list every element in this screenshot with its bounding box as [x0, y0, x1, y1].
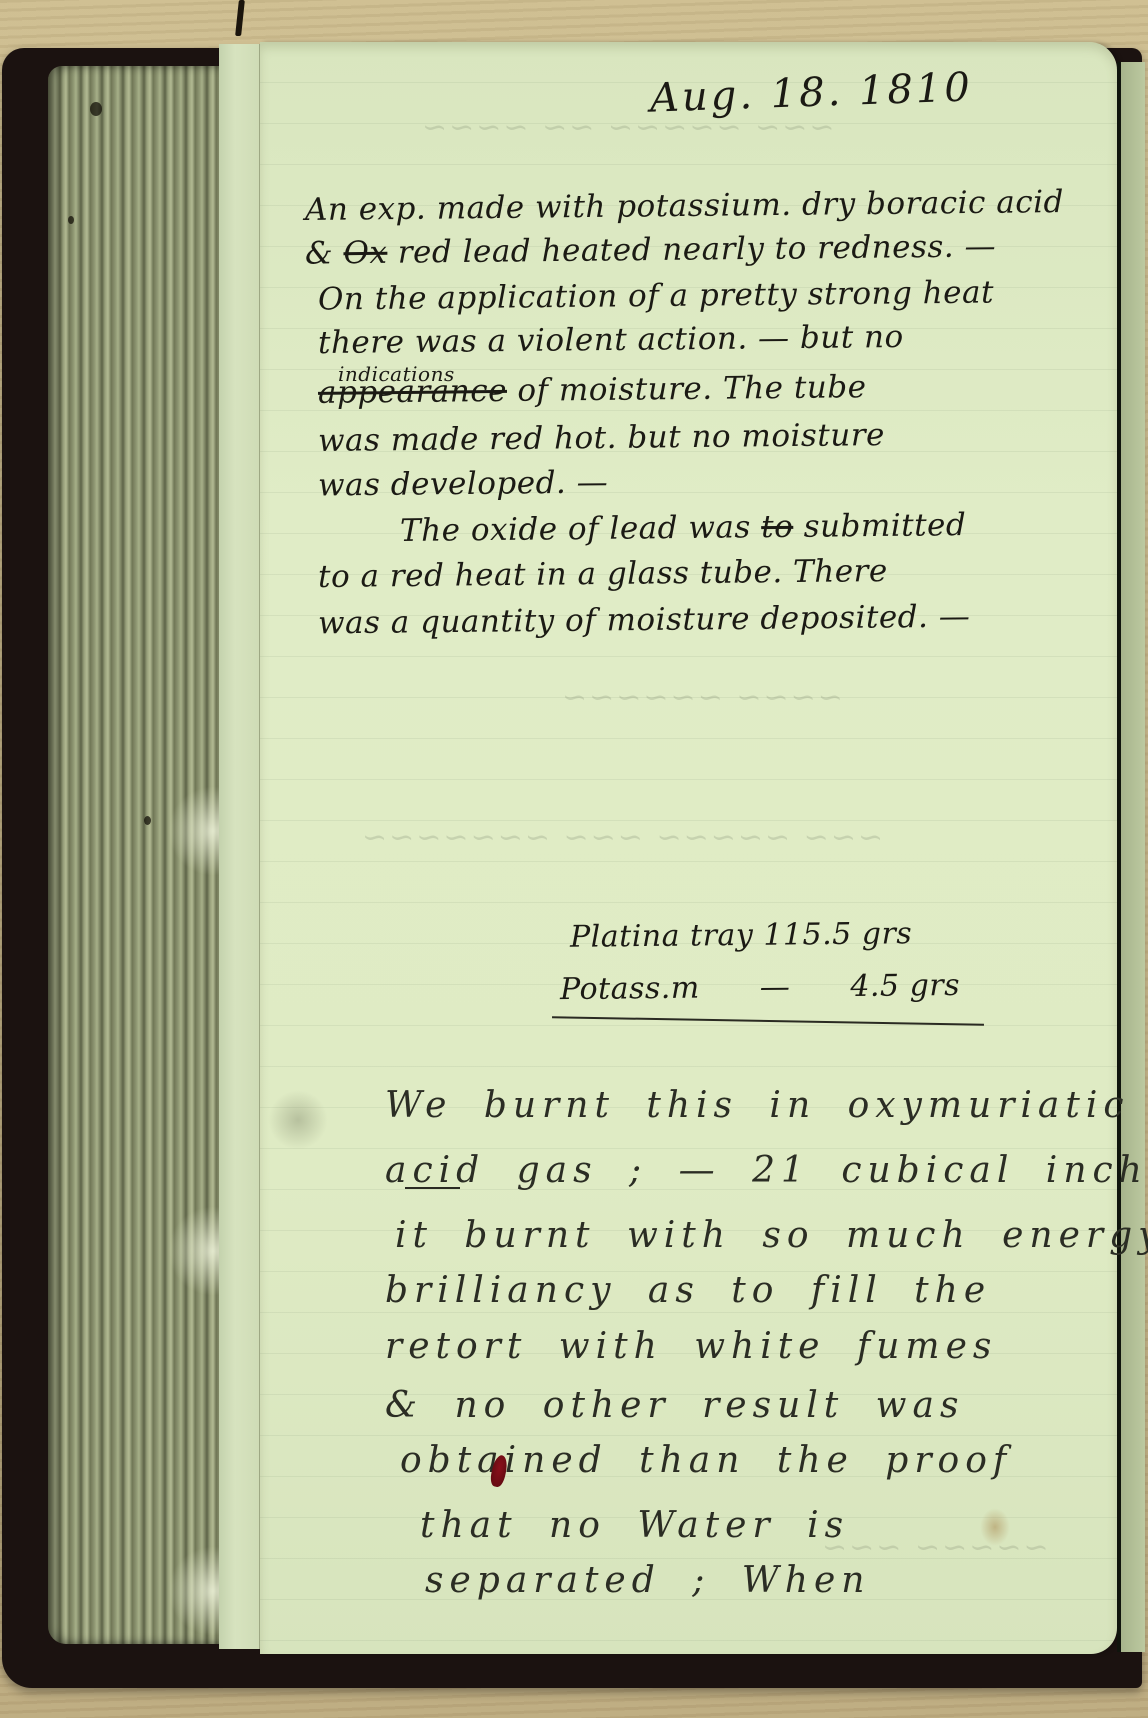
text-line: was a quantity of moisture deposited. — [318, 599, 971, 642]
text-line: & Ox red lead heated nearly to redness. … [305, 228, 996, 271]
weight-row: Potass.m — 4.5 grs [560, 968, 960, 1007]
struck-word: Ox [343, 235, 387, 271]
text-line: & no other result was [385, 1385, 964, 1426]
text-line: On the application of a pretty strong he… [318, 274, 994, 317]
weight-label: Platina tray [570, 918, 754, 955]
gutter [219, 44, 260, 1649]
weight-unit: grs [862, 916, 913, 952]
text-line: retort with white fumes [385, 1326, 997, 1367]
text-line: appearance of moisture. The tube [318, 369, 867, 411]
ink-blot [90, 102, 102, 116]
text-line-rest: of moisture. The tube [517, 369, 866, 409]
connector: & [305, 235, 344, 271]
text-line: brilliancy as to fill the [385, 1270, 991, 1311]
page-block-edges [48, 66, 228, 1644]
weight-value: 4.5 [850, 969, 900, 1005]
ink-blot [144, 816, 151, 825]
weight-unit: grs [909, 968, 960, 1004]
text-line: was developed. — [318, 464, 609, 503]
weight-value: 115.5 [763, 917, 852, 953]
underline-mark [405, 1187, 460, 1189]
bleed-through-text: ~~~ ~~~~~ ~~~ ~~~~~~~ [360, 820, 883, 855]
weight-label: Potass.m [560, 971, 700, 1007]
struck-word: to [761, 509, 794, 545]
text-line: there was a violent action. — but no [318, 319, 904, 361]
weight-row: Platina tray 115.5 grs [570, 916, 913, 955]
page-smudge [268, 1090, 328, 1150]
ink-blot [68, 216, 74, 224]
bleed-through-text: ~~~~ ~~~~~~ [560, 680, 843, 715]
text-line: to a red heat in a glass tube. There [318, 553, 888, 595]
text-line: We burnt this in oxymuriatic [385, 1085, 1130, 1126]
text-line-rest: red lead heated nearly to redness. — [398, 228, 997, 270]
text-line: The oxide of lead was to submitted [400, 507, 967, 549]
text-line-end: submitted [793, 507, 966, 545]
weight-separator: — [760, 970, 791, 1005]
text-line: acid gas ; — 21 cubical inches [385, 1150, 1148, 1191]
text-line: it burnt with so much energy [395, 1215, 1148, 1256]
brown-stain [980, 1508, 1010, 1546]
text-line-start: The oxide of lead was [400, 509, 762, 549]
facing-page-edge [1117, 62, 1145, 1652]
text-line: that no Water is [420, 1505, 849, 1546]
struck-word: appearance [318, 373, 507, 411]
text-line: separated ; When [425, 1560, 870, 1601]
text-line: was made red hot. but no moisture [318, 417, 885, 459]
